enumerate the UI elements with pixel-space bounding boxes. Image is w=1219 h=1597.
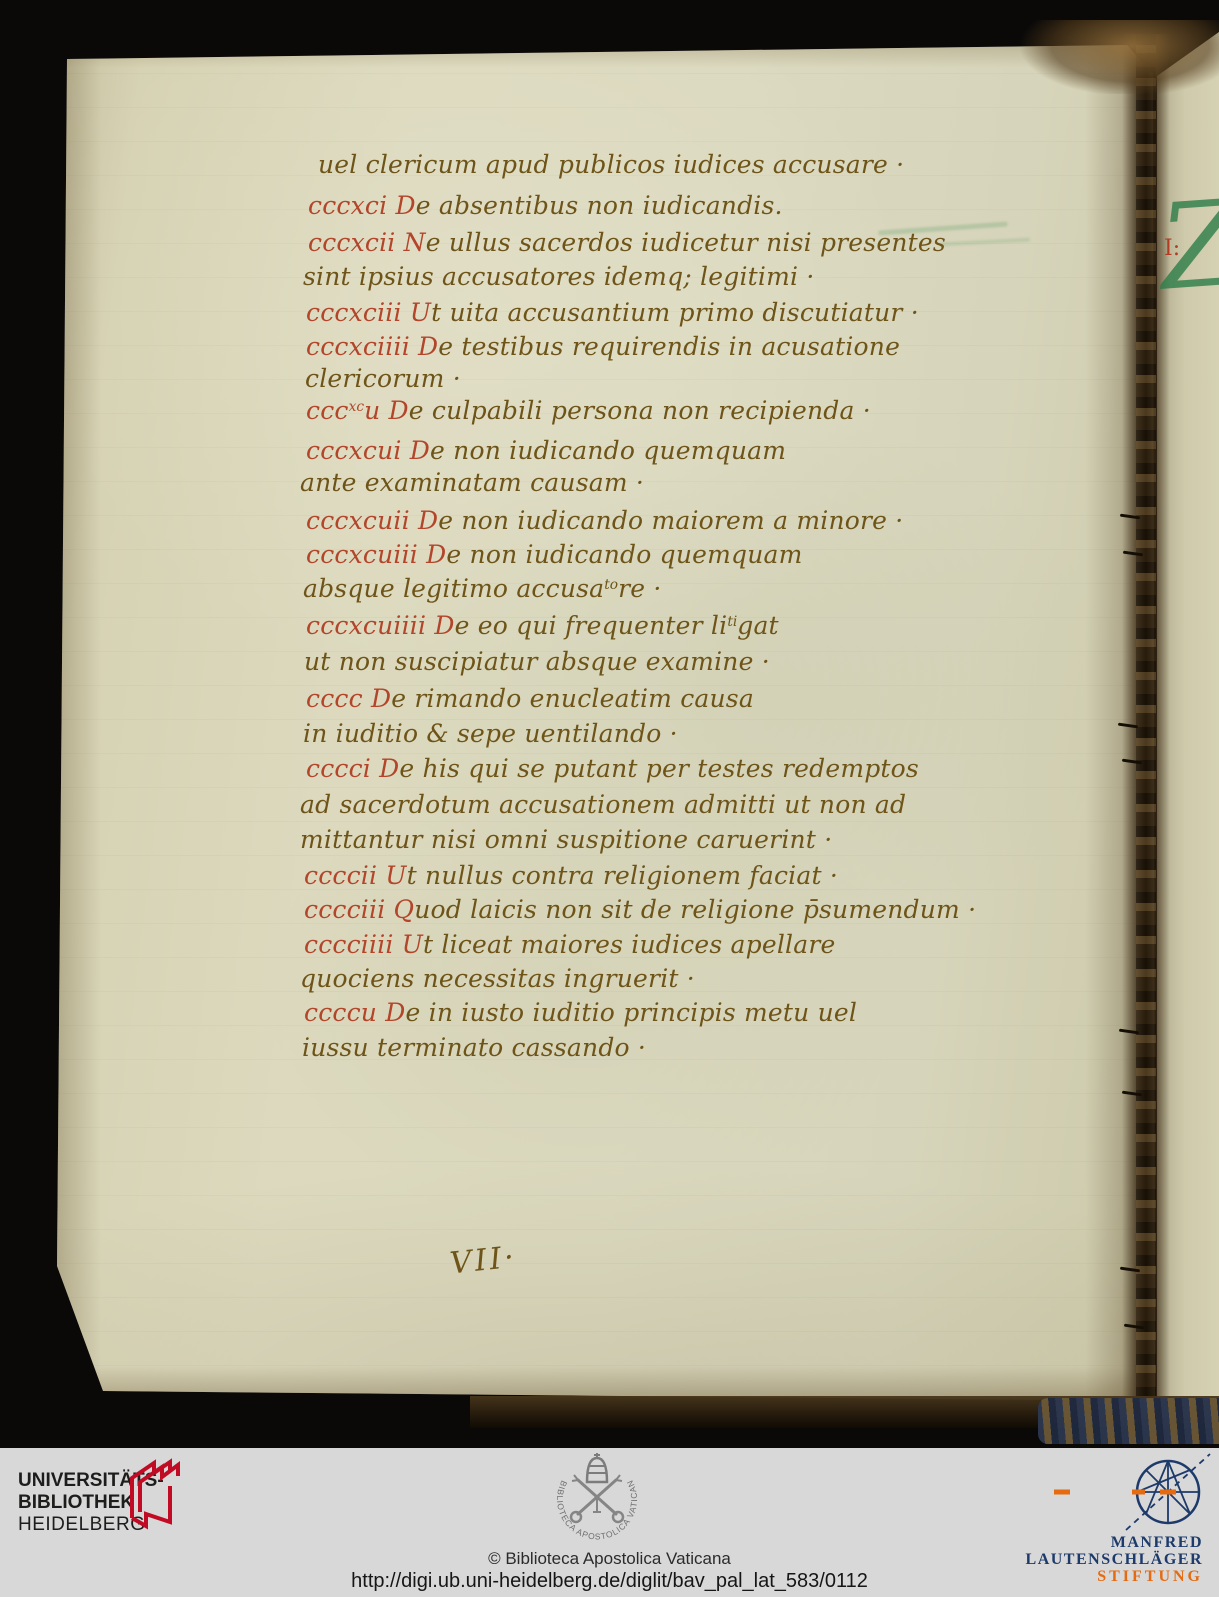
manuscript-line: ccccii Ut nullus contra religionem facia…	[304, 861, 838, 890]
manuscript-line: cccxcui De non iudicando quemquam	[306, 436, 786, 465]
manuscript-line: clericorum ·	[305, 364, 461, 393]
footer-band: UNIVERSITÄTS- BIBLIOTHEK HEIDELBERG	[0, 1448, 1219, 1597]
vatican-seal-icon: BIBLIOTECA APOSTOLICA VATICANA	[540, 1450, 655, 1550]
manuscript-text-layer: uel clericum apud publicos iudices accus…	[0, 0, 1219, 1400]
manuscript-line: ad sacerdotum accusationem admitti ut no…	[300, 790, 906, 819]
manuscript-line: cccxcii Ne ullus sacerdos iudicetur nisi…	[308, 228, 946, 257]
manuscript-line: cccxcuiii De non iudicando quemquam	[306, 540, 803, 569]
manuscript-line: uel clericum apud publicos iudices accus…	[318, 150, 904, 179]
manuscript-line: ut non suscipiatur absque examine ·	[304, 647, 770, 676]
ml-logo-line1: MANFRED	[1026, 1534, 1203, 1551]
manuscript-line: cccxciiii De testibus requirendis in acu…	[306, 332, 900, 361]
manuscript-line: ante examinatam causam ·	[300, 468, 644, 497]
manuscript-line: cccci De his qui se putant per testes re…	[306, 754, 919, 783]
manuscript-line: ccccu De in iusto iuditio principis metu…	[304, 998, 857, 1027]
manuscript-line: cccxcuiiii De eo qui frequenter litigat	[306, 611, 779, 640]
ml-stiftung-compass-icon	[1040, 1452, 1219, 1534]
quire-mark: VII·	[448, 1240, 518, 1282]
manuscript-line: cccciii Quod laicis non sit de religione…	[304, 895, 976, 924]
ub-heidelberg-book-icon	[122, 1456, 186, 1532]
ml-stiftung-logo-text: MANFRED LAUTENSCHLÄGER STIFTUNG	[1026, 1534, 1203, 1585]
manuscript-line: cccxcu De culpabili persona non recipien…	[306, 396, 871, 425]
manuscript-line: cccxci De absentibus non iudicandis.	[308, 191, 783, 220]
manuscript-line: mittantur nisi omni suspitione caruerint…	[300, 825, 832, 854]
manuscript-line: cccxcuii De non iudicando maiorem a mino…	[306, 506, 903, 535]
manuscript-scan: Z I: uel clericum apud publicos iudices …	[0, 0, 1219, 1597]
manuscript-line: cccc De rimando enucleatim causa	[306, 684, 754, 713]
manuscript-line: cccxciii Ut uita accusantium primo discu…	[306, 298, 919, 327]
ml-logo-line2: LAUTENSCHLÄGER	[1026, 1551, 1203, 1568]
manuscript-line: absque legitimo accusatore ·	[303, 574, 662, 603]
manuscript-line: in iuditio & sepe uentilando ·	[303, 719, 678, 748]
manuscript-line: quociens necessitas ingruerit ·	[300, 964, 695, 993]
ml-logo-line3: STIFTUNG	[1026, 1568, 1203, 1585]
manuscript-line: iussu terminato cassando ·	[302, 1033, 646, 1062]
endband-braid	[1038, 1398, 1219, 1444]
manuscript-line: cccciiii Ut liceat maiores iudices apell…	[304, 930, 836, 959]
manuscript-line: sint ipsius accusatores idemq; legitimi …	[303, 262, 814, 291]
